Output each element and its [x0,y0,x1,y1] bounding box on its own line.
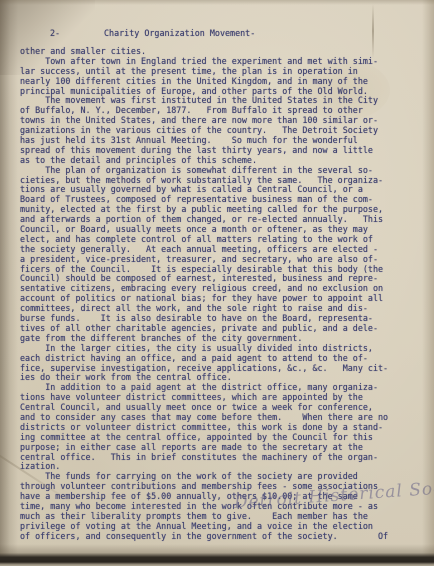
text-line: of officers, and consequently in the gov… [20,532,420,542]
paper-crease [372,4,374,58]
left-edge-shadow [0,0,18,566]
body-text: other and smaller cities. Town after tow… [20,47,420,542]
scanned-page: 2- Charity Organization Movement- other … [0,0,434,566]
text-line: central office. This in brief constitute… [20,453,420,463]
right-edge-shadow [422,0,434,566]
bottom-scan-edge [0,544,434,566]
page-title: Charity Organization Movement- [104,28,255,38]
top-edge-shadow [0,0,434,5]
top-left-corner-shadow [0,0,95,75]
